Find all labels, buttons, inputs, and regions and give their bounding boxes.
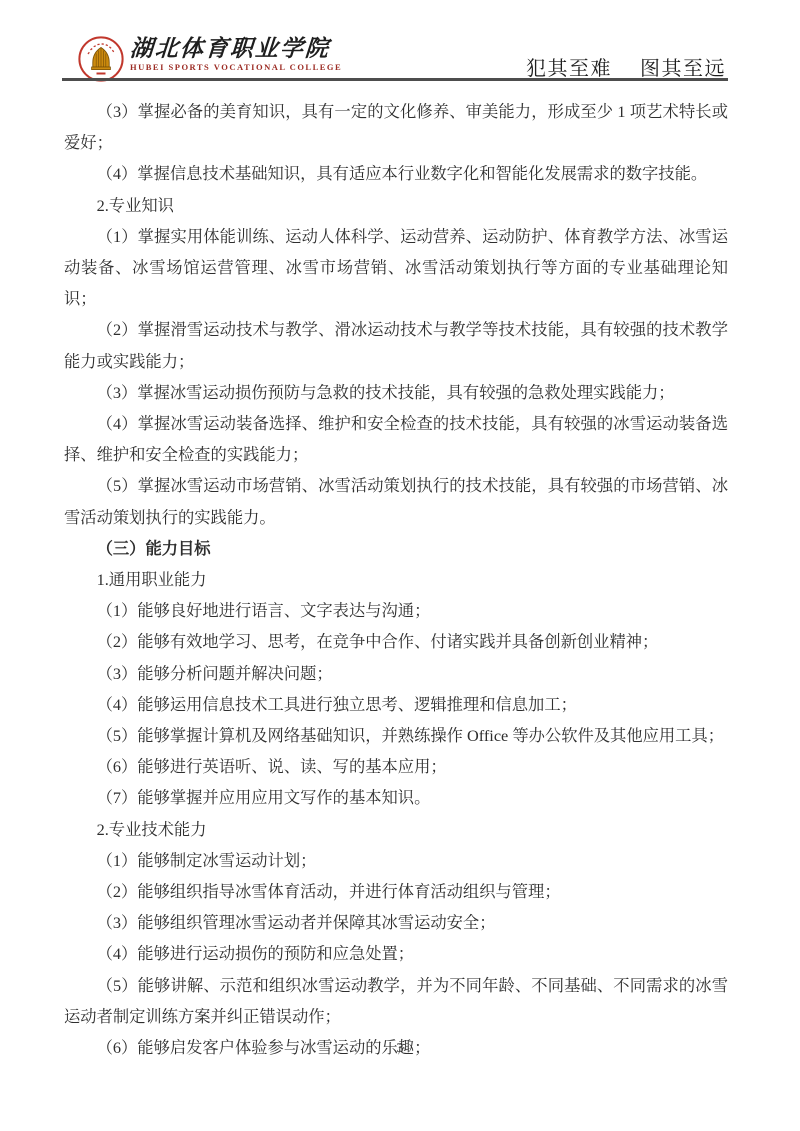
paragraph: 2.专业知识 xyxy=(64,190,728,221)
header-rule xyxy=(62,78,728,81)
paragraph: （4）能够进行运动损伤的预防和应急处置； xyxy=(64,938,728,969)
section-heading: （三）能力目标 xyxy=(64,533,728,564)
paragraph: （7）能够掌握并应用应用文写作的基本知识。 xyxy=(64,782,728,813)
paragraph: （3）能够组织管理冰雪运动者并保障其冰雪运动安全； xyxy=(64,907,728,938)
paragraph: （3）掌握冰雪运动损伤预防与急救的技术技能，具有较强的急救处理实践能力； xyxy=(64,377,728,408)
page-number: 3 xyxy=(0,1041,800,1057)
school-brand: 湖北体育职业学院 HUBEI SPORTS VOCATIONAL COLLEGE xyxy=(130,36,342,72)
header-motto: 犯其至难图其至远 xyxy=(526,52,726,81)
motto-left: 犯其至难 xyxy=(526,58,612,80)
motto-right: 图其至远 xyxy=(640,58,726,80)
paragraph: （5）能够掌握计算机及网络基础知识，并熟练操作 Office 等办公软件及其他应… xyxy=(64,720,728,751)
paragraph: 2.专业技术能力 xyxy=(64,814,728,845)
paragraph: （1）掌握实用体能训练、运动人体科学、运动营养、运动防护、体育教学方法、冰雪运动… xyxy=(64,221,728,315)
school-name-zh: 湖北体育职业学院 xyxy=(129,36,343,61)
school-name-en: HUBEI SPORTS VOCATIONAL COLLEGE xyxy=(130,62,342,72)
school-seal-icon xyxy=(78,36,124,82)
paragraph: （5）掌握冰雪运动市场营销、冰雪活动策划执行的技术技能，具有较强的市场营销、冰雪… xyxy=(64,470,728,532)
paragraph: （4）掌握冰雪运动装备选择、维护和安全检查的技术技能，具有较强的冰雪运动装备选择… xyxy=(64,408,728,470)
paragraph: （1）能够制定冰雪运动计划； xyxy=(64,845,728,876)
document-body: （3）掌握必备的美育知识，具有一定的文化修养、审美能力，形成至少 1 项艺术特长… xyxy=(64,96,728,1063)
paragraph: （3）能够分析问题并解决问题； xyxy=(64,658,728,689)
document-page: 湖北体育职业学院 HUBEI SPORTS VOCATIONAL COLLEGE… xyxy=(0,0,800,1131)
paragraph: （2）能够有效地学习、思考，在竞争中合作、付诸实践并具备创新创业精神； xyxy=(64,626,728,657)
paragraph: （4）能够运用信息技术工具进行独立思考、逻辑推理和信息加工； xyxy=(64,689,728,720)
paragraph: 1.通用职业能力 xyxy=(64,564,728,595)
paragraph: （2）掌握滑雪运动技术与教学、滑冰运动技术与教学等技术技能，具有较强的技术教学能… xyxy=(64,314,728,376)
page-header: 湖北体育职业学院 HUBEI SPORTS VOCATIONAL COLLEGE… xyxy=(62,0,728,82)
paragraph: （3）掌握必备的美育知识，具有一定的文化修养、审美能力，形成至少 1 项艺术特长… xyxy=(64,96,728,158)
paragraph: （4）掌握信息技术基础知识，具有适应本行业数字化和智能化发展需求的数字技能。 xyxy=(64,158,728,189)
paragraph: （5）能够讲解、示范和组织冰雪运动教学，并为不同年龄、不同基础、不同需求的冰雪运… xyxy=(64,970,728,1032)
paragraph: （1）能够良好地进行语言、文字表达与沟通； xyxy=(64,595,728,626)
paragraph: （2）能够组织指导冰雪体育活动，并进行体育活动组织与管理； xyxy=(64,876,728,907)
paragraph: （6）能够进行英语听、说、读、写的基本应用； xyxy=(64,751,728,782)
